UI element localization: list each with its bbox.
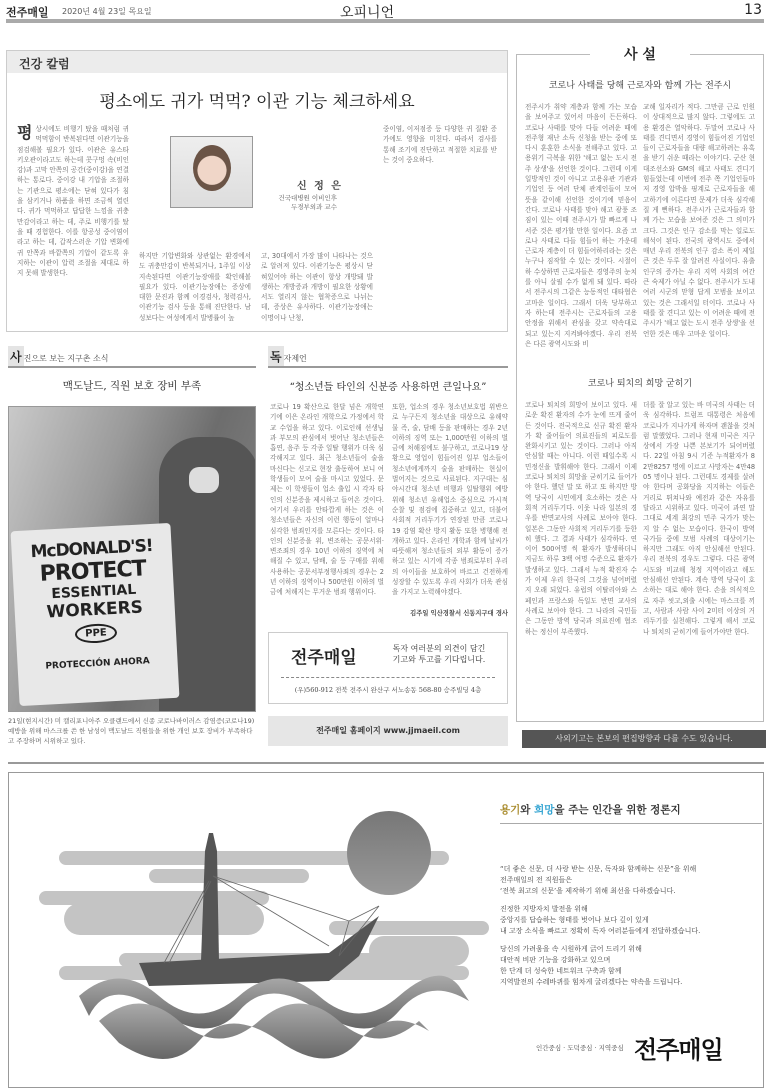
health-column-text-3: 고, 30대에서 가장 많이 나타나는 것으로 알려져 있다. 이관기능은 평상…	[261, 251, 373, 326]
submission-ad: 전주매일 독자 여러분의 의견이 담긴기고와 투고를 기다립니다. (우)560…	[268, 632, 508, 704]
photo-caption: 21일(현지시간) 미 캘리포니아주 오클랜드에서 신종 코로나바이러스 감염증…	[8, 716, 256, 746]
health-column-text-2: 하지만 기압변화와 상관없는 환경에서도 귀충만감이 반복되거나, 1주일 이상…	[139, 251, 251, 326]
homepage-bar[interactable]: 전주매일 홈페이지 www.jjmaeil.com	[268, 716, 508, 746]
sun-icon	[347, 811, 431, 895]
author-portrait	[170, 136, 253, 208]
brand-logo: 전주매일	[634, 1030, 723, 1065]
reader-opinion-byline: 김주일 익산경찰서 신동지구대 경사	[392, 608, 508, 617]
homepage-link[interactable]: 전주매일 홈페이지 www.jjmaeil.com	[268, 725, 508, 736]
pledge-paragraph-2: 진정한 지방자치 발전을 위해중앙지를 답습하는 형태를 벗어나 보다 깊이 있…	[500, 904, 764, 937]
slogan-rule	[500, 823, 762, 824]
pen-ship-illustration	[29, 781, 509, 1081]
reader-opinion-label: 자제언	[284, 354, 307, 363]
editorial-title-2: 코로나 퇴치의 희망 굳히기	[517, 376, 763, 389]
dashed-divider	[281, 677, 495, 678]
section-divider	[8, 762, 764, 764]
header-rule	[6, 19, 764, 23]
issue-date: 2020년 4월 23일 목요일	[62, 6, 152, 17]
author-name: 신 정 은	[297, 177, 343, 192]
photo-news-initial: 사	[8, 346, 24, 366]
portrait-face	[193, 145, 231, 191]
news-photo: McDONALD'S! PROTECT ESSENTIAL WORKERS PP…	[8, 406, 256, 712]
editorial-box: 코로나 사태를 당해 근로자와 함께 가는 전주시 전주시가 취약 계층과 함께…	[516, 54, 764, 722]
editorial-1-text-2: 교해 일자리가 적다. 그만큼 근로 인원이 상대적으로 많지 않다. 그렇에도…	[643, 102, 755, 370]
health-column: 건강 칼럼 평소에도 귀가 먹먹? 이관 기능 체크하세요 평상시에도 비행기 …	[6, 50, 508, 332]
health-column-text-4: 중이염, 이저점증 등 다양한 귀 질환 증가에도 영향을 미친다. 따라서 검…	[383, 124, 497, 324]
submission-address: (우)560-912 전북 전주시 완산구 서노송동 568-80 승주빌딩 4…	[269, 685, 507, 694]
health-column-label: 건강 칼럼	[19, 55, 70, 72]
protest-sign: McDONALD'S! PROTECT ESSENTIAL WORKERS PP…	[11, 523, 180, 706]
brand-motto: 인간중심 · 도덕중심 · 지역중심	[536, 1043, 624, 1052]
pledge-paragraph-1: “더 좋은 신문, 더 사랑 받는 신문, 독자와 함께하는 신문”을 위해전주…	[500, 864, 764, 897]
editorial-1-text-1: 전주시가 취약 계층과 함께 가는 모습을 보여주고 있어서 마음이 든든하다.…	[525, 102, 637, 370]
editorial-2-text-1: 코로나 퇴치의 희망이 보이고 있다. 새로운 확진 환자의 수가 눈에 뜨게 …	[525, 400, 637, 712]
reader-opinion-header: 독자제언	[268, 346, 508, 368]
editorial-title-1: 코로나 사태를 당해 근로자와 함께 가는 전주시	[517, 78, 763, 91]
reader-opinion-initial: 독	[268, 346, 284, 366]
health-column-band: 건강 칼럼	[7, 51, 507, 73]
reader-opinion-text-1: 코로나 19 확산으로 한달 넘은 개학연기에 이은 온라인 개학으로 가정에서…	[270, 402, 384, 616]
photo-news-title: 맥도날드, 직원 보호 장비 부족	[8, 378, 256, 393]
photo-news-header: 사진으로 보는 지구촌 소식	[8, 346, 256, 368]
submission-ad-logo: 전주매일	[291, 643, 357, 668]
page-number: 13	[744, 2, 762, 18]
contribution-notice: 사외기고는 본보의 편집방향과 다를 수도 있습니다.	[522, 730, 766, 748]
brand-pledge: “더 좋은 신문, 더 사랑 받는 신문, 독자와 함께하는 신문”을 위해전주…	[500, 864, 764, 995]
drop-cap: 평	[17, 124, 32, 142]
author-affiliation: 건국대병원 이비인후두경부외과 교수	[247, 194, 337, 212]
health-column-text-1: 평상시에도 비행기 탔을 때처럼 귀 먹먹함이 반복된다면 이관기능을 점검해볼…	[17, 124, 129, 324]
reader-opinion-title: “청소년들 타인의 신분증 사용하면 큰일나요”	[268, 378, 508, 393]
editorial-2-text-2: 더를 잘 알고 있는 바 미국의 사태는 더욱 심각하다. 트럼프 대통령은 처…	[643, 400, 755, 712]
pledge-paragraph-3: 당신의 가려움을 속 시원하게 긁어 드리기 위해대안적 비판 기능을 강화하고…	[500, 944, 764, 988]
banner-slogan: 용기와 희망을 주는 인간을 위한 정론지	[500, 802, 681, 817]
reader-opinion-text-2: 또한, 업소의 경우 청소년보호법 위반으로 누구든지 청소년을 대상으로 유해…	[392, 402, 508, 606]
respirator-mask	[189, 467, 219, 493]
page-header: 전주매일 2020년 4월 23일 목요일 오피니언 13	[0, 0, 770, 22]
masthead-brand: 전주매일	[6, 4, 49, 20]
slogan-courage: 용기	[500, 804, 520, 816]
health-column-title: 평소에도 귀가 먹먹? 이관 기능 체크하세요	[7, 87, 507, 112]
photo-news-label: 진으로 보는 지구촌 소식	[24, 354, 109, 363]
submission-ad-message: 독자 여러분의 의견이 담긴기고와 투고를 기다립니다.	[379, 643, 499, 665]
slogan-hope: 희망	[534, 804, 554, 816]
